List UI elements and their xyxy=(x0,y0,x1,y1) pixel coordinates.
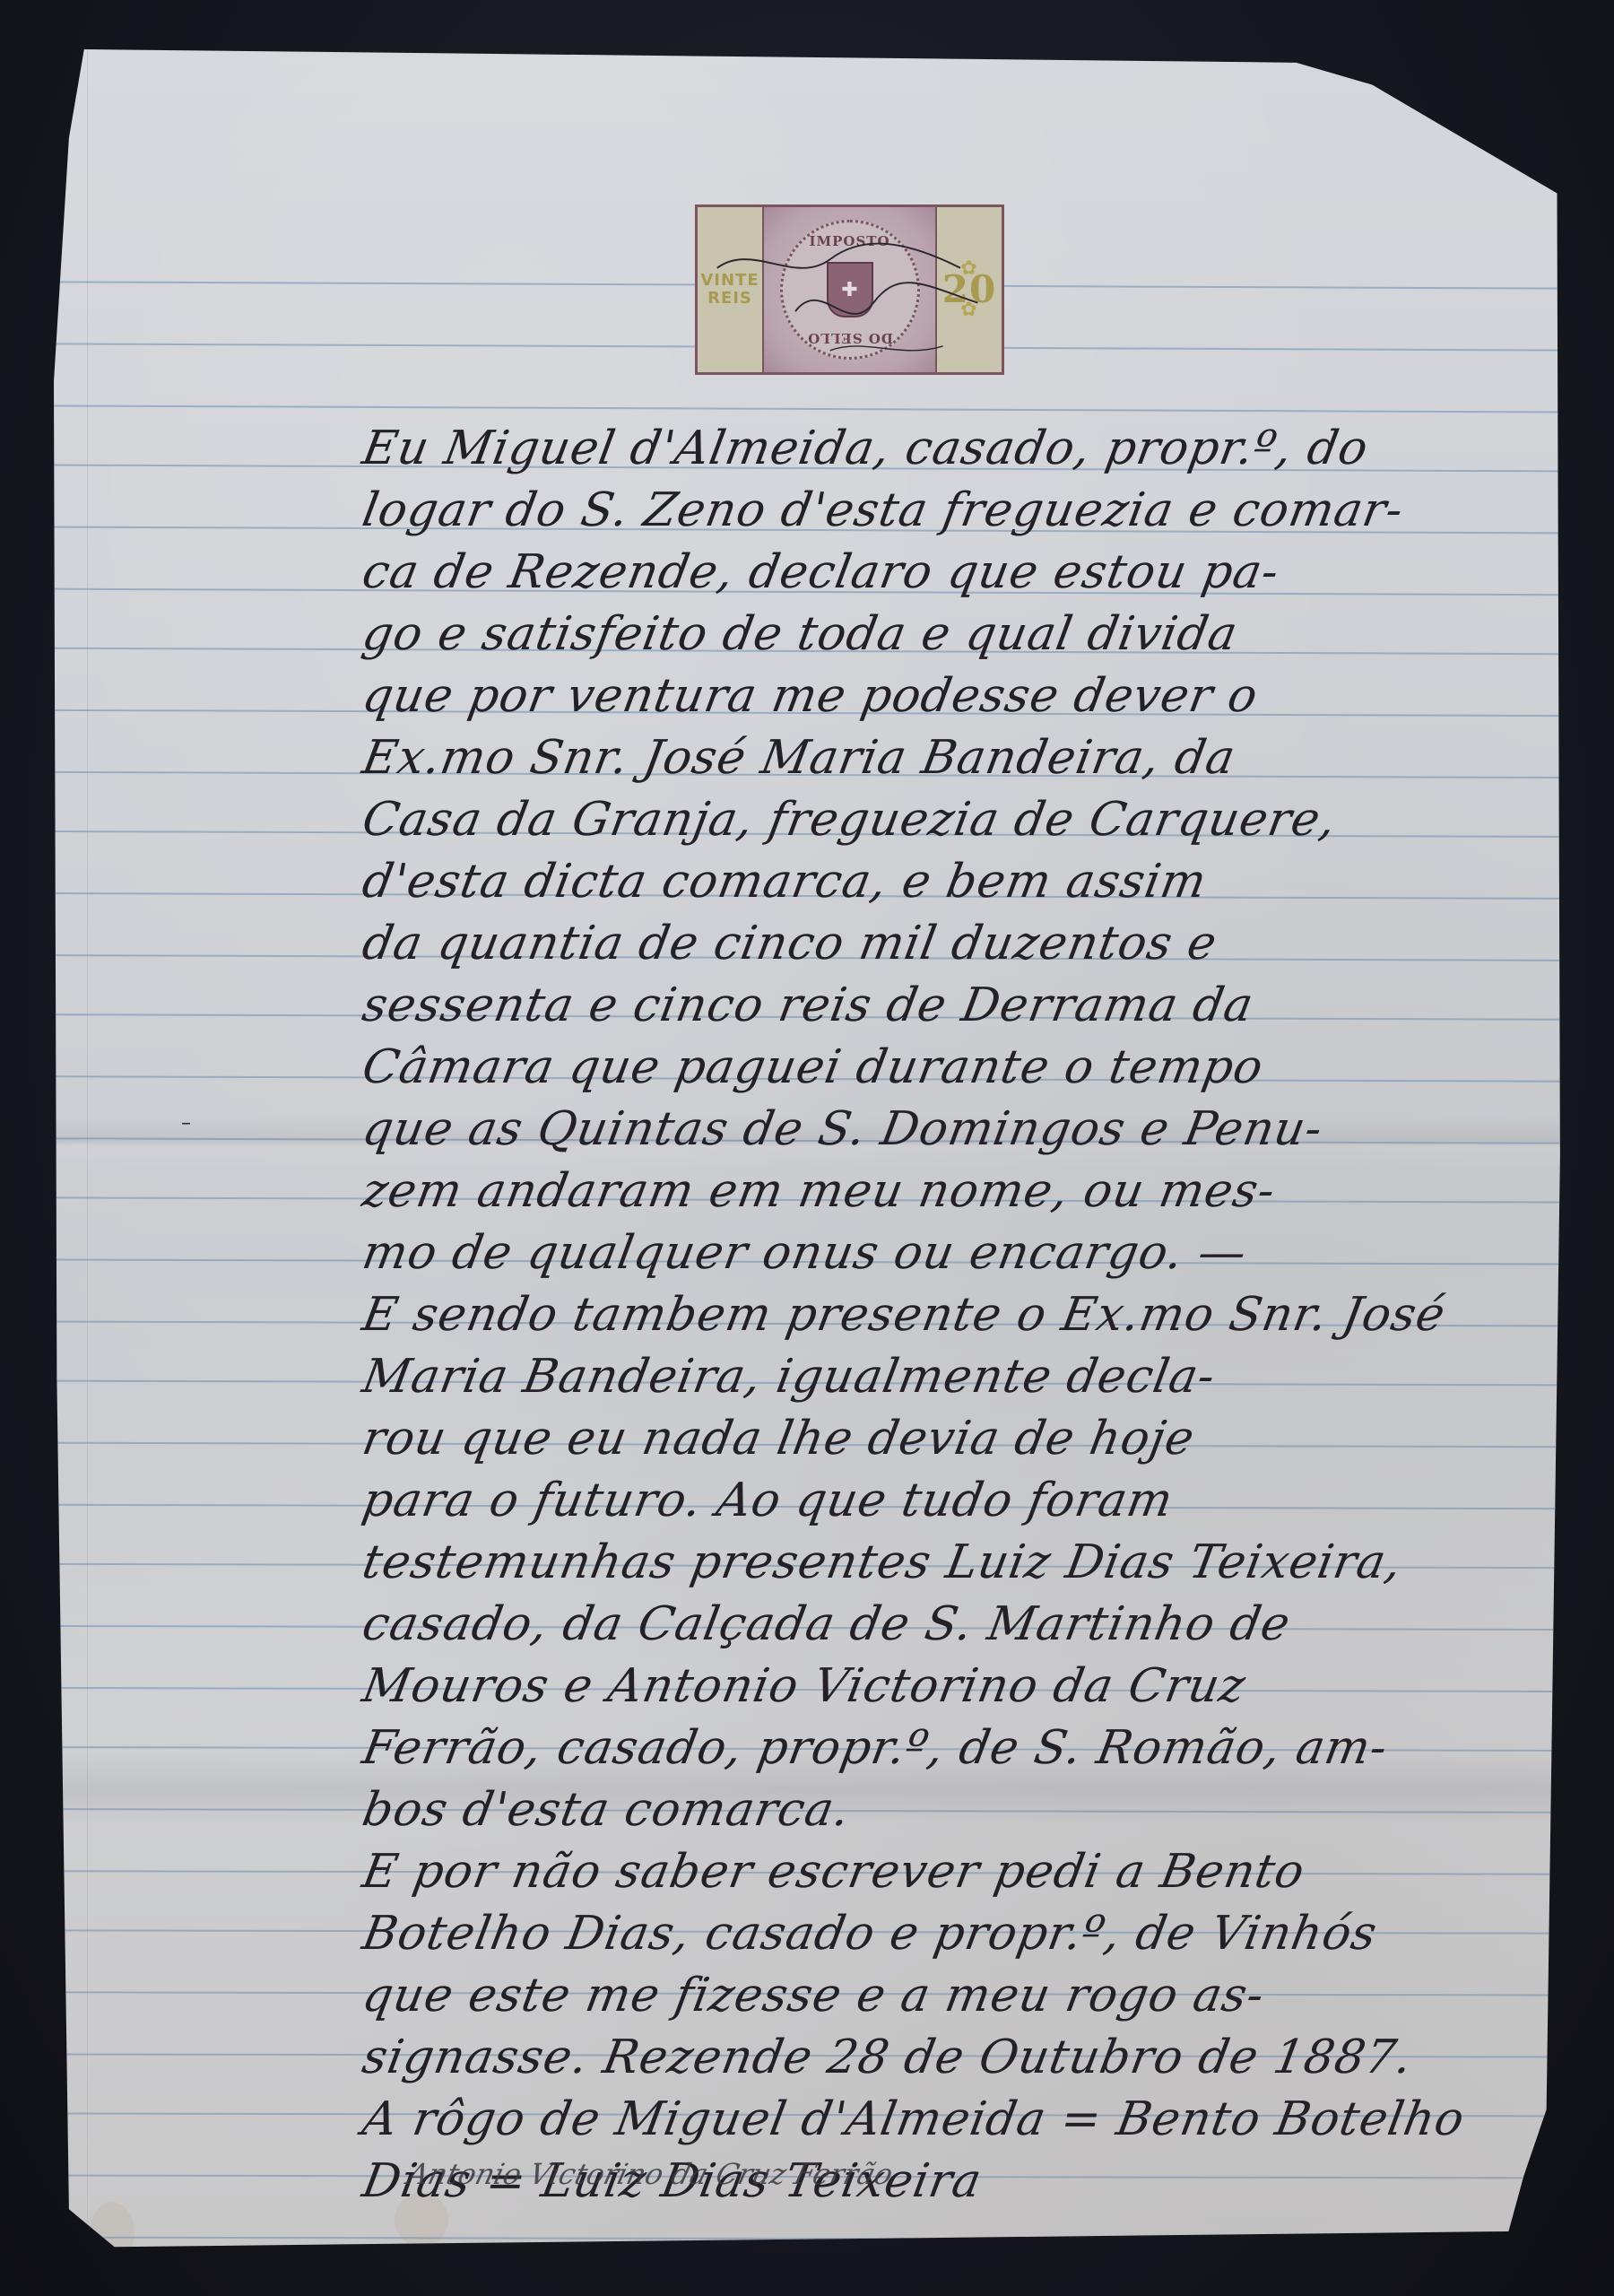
coat-of-arms-icon: ✚ xyxy=(827,262,873,317)
stamp-center: IMPOSTO ✚ DO SELLO xyxy=(764,207,935,372)
stamp-top-text: IMPOSTO xyxy=(783,233,917,249)
witness-signature: Antonio Victorino da Cruz Ferrão xyxy=(403,2157,896,2191)
ruled-line xyxy=(54,404,1569,413)
handwritten-line: rou que eu nada lhe devia de hoje xyxy=(359,1412,1199,1465)
handwritten-line: Maria Bandeira, igualmente decla- xyxy=(359,1350,1219,1404)
handwritten-line: Casa da Granja, freguezia de Carquere, xyxy=(359,793,1341,847)
handwritten-line: E por não saber escrever pedi a Bento xyxy=(359,1845,1309,1899)
handwritten-line: mo de qualquer onus ou encargo. — xyxy=(359,1226,1251,1280)
handwritten-line: Câmara que paguei durante o tempo xyxy=(359,1040,1268,1094)
stamp-left-text-2: REIS xyxy=(707,290,752,308)
handwritten-line: que as Quintas de S. Domingos e Penu- xyxy=(359,1102,1327,1156)
handwritten-line: bos d'esta comarca. xyxy=(359,1783,855,1837)
stamp-left-panel: VINTE REIS xyxy=(698,207,764,372)
handwritten-line: zem andaram em meu nome, ou mes- xyxy=(359,1164,1280,1218)
stamp-right-panel: ✿ 20 ✿ xyxy=(935,207,1002,372)
handwritten-line: signasse. Rezende 28 de Outubro de 1887. xyxy=(359,2031,1417,2084)
handwritten-line: que por ventura me podesse dever o xyxy=(359,669,1263,723)
handwritten-line: Ferrão, casado, propr.º, de S. Romão, am… xyxy=(359,1721,1393,1775)
handwritten-line: A rôgo de Miguel d'Almeida = Bento Botel… xyxy=(359,2092,1469,2146)
stamp-bottom-text: DO SELLO xyxy=(783,330,917,346)
margin-mark: – xyxy=(181,1112,191,1135)
handwritten-line: d'esta dicta comarca, e bem assim xyxy=(359,855,1211,909)
handwritten-line: da quantia de cinco mil duzentos e xyxy=(359,917,1221,970)
handwritten-line: Eu Miguel d'Almeida, casado, propr.º, do xyxy=(359,422,1373,475)
stamp-value: 20 xyxy=(942,281,996,299)
handwritten-line: E sendo tambem presente o Ex.mo Snr. Jos… xyxy=(359,1288,1450,1342)
handwritten-line: que este me fizesse e a meu rogo as- xyxy=(359,1969,1269,2022)
tax-stamp: VINTE REIS IMPOSTO ✚ DO SELLO ✿ 20 ✿ xyxy=(695,204,1004,375)
handwritten-line: ca de Rezende, declaro que estou pa- xyxy=(359,545,1284,599)
handwritten-line: logar do S. Zeno d'esta freguezia e coma… xyxy=(359,483,1408,537)
flower-ornament-icon: ✿ xyxy=(960,299,977,322)
handwritten-line: Ex.mo Snr. José Maria Bandeira, da xyxy=(359,731,1240,785)
handwritten-line: Botelho Dias, casado e propr.º, de Vinhó… xyxy=(359,1907,1382,1961)
handwritten-line: Mouros e Antonio Victorino da Cruz xyxy=(359,1659,1250,1713)
handwritten-line: casado, da Calçada de S. Martinho de xyxy=(359,1597,1295,1651)
handwritten-line: go e satisfeito de toda e qual divida xyxy=(359,607,1242,661)
stamp-left-text-1: VINTE xyxy=(700,272,759,290)
stamp-ring: IMPOSTO ✚ DO SELLO xyxy=(780,220,920,360)
handwritten-line: sessenta e cinco reis de Derrama da xyxy=(359,978,1258,1032)
handwritten-line: para o futuro. Ao que tudo foram xyxy=(359,1474,1177,1527)
handwritten-line: testemunhas presentes Luiz Dias Teixeira… xyxy=(359,1535,1407,1589)
